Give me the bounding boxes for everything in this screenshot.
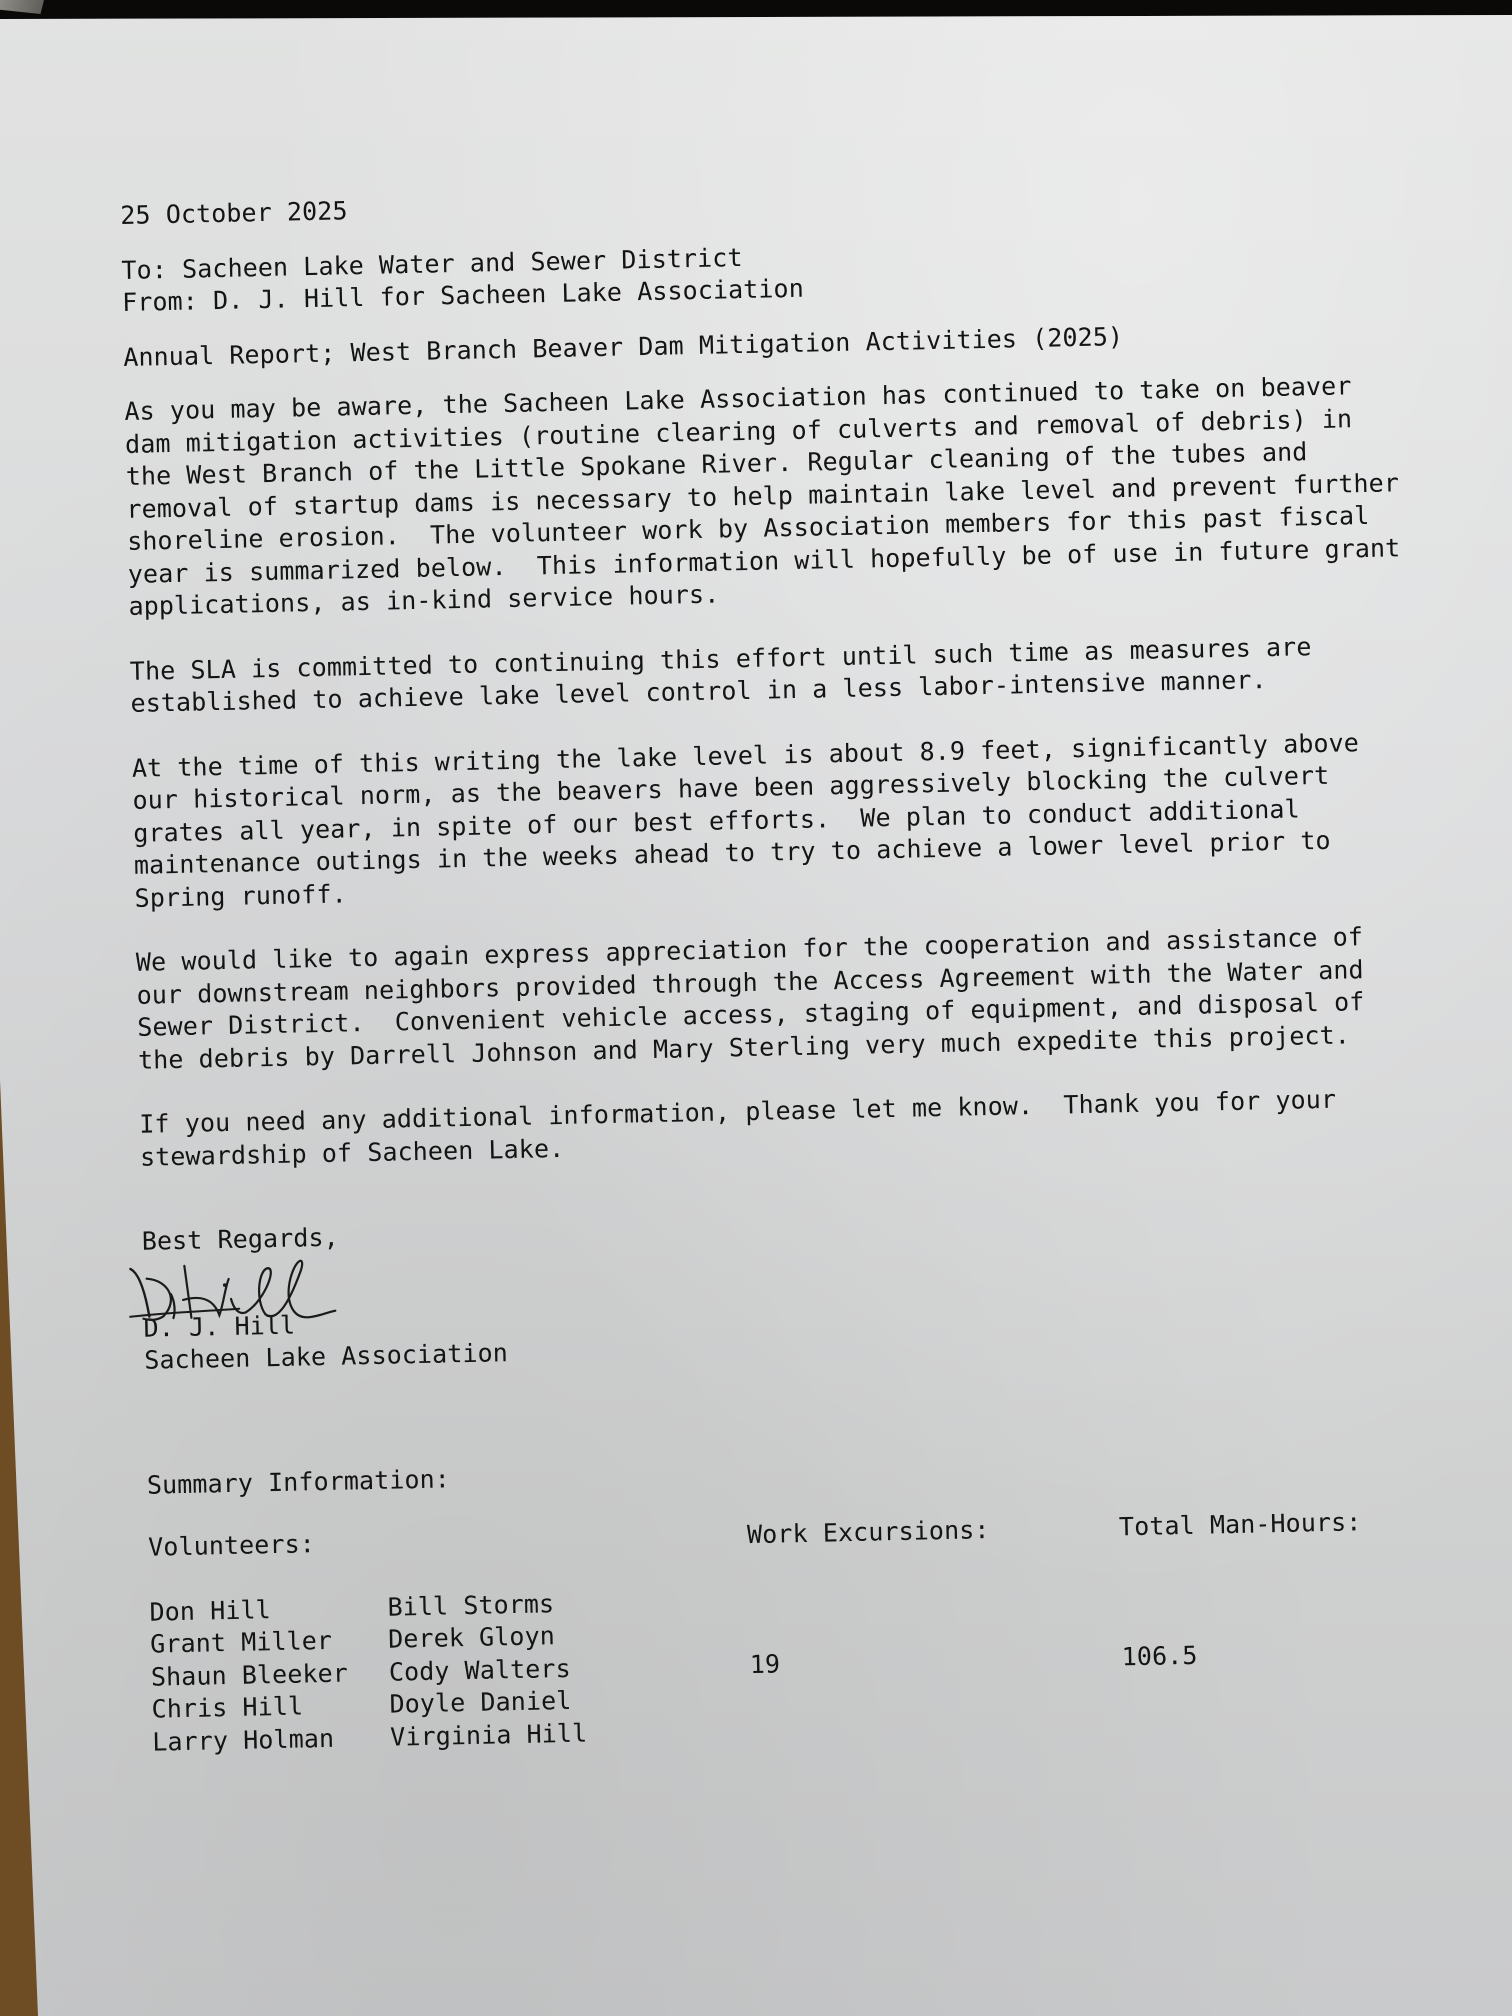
volunteer-name: Don Hill (149, 1591, 388, 1628)
summary-title: Summary Information: (147, 1441, 1487, 1502)
subject-line: Annual Report; West Branch Beaver Dam Mi… (123, 313, 1463, 374)
signature-icon (128, 1244, 420, 1330)
total-man-hours-header: Total Man-Hours: (1119, 1504, 1489, 1544)
paragraph: If you need any additional information, … (139, 1081, 1480, 1174)
paragraph: At the time of this writing the lake lev… (132, 724, 1475, 915)
object-corner (0, 0, 44, 14)
volunteer-name: Chris Hill (151, 1689, 390, 1726)
volunteer-name: Shaun Bleeker (151, 1656, 390, 1693)
paragraph: As you may be aware, the Sacheen Lake As… (124, 368, 1468, 624)
paragraph: The SLA is committed to continuing this … (130, 627, 1471, 720)
volunteer-name: Larry Holman (152, 1721, 391, 1758)
total-man-hours-value: 106.5 (1120, 1568, 1492, 1738)
volunteers-header: Volunteers: (148, 1519, 748, 1564)
work-excursions-header: Work Excursions: (747, 1511, 1120, 1551)
letter-paragraphs: As you may be aware, the Sacheen Lake As… (124, 368, 1480, 1174)
address-block: To: Sacheen Lake Water and Sewer Distric… (121, 226, 1462, 319)
volunteer-name: Grant Miller (150, 1624, 389, 1661)
photo-scene: 25 October 2025 To: Sacheen Lake Water a… (0, 0, 1512, 2016)
work-excursions-value: 19 (748, 1576, 1123, 1746)
volunteer-list-column-2: Bill StormsDerek GloynCody WaltersDoyle … (387, 1584, 751, 1754)
paragraph: We would like to again express appreciat… (136, 919, 1478, 1077)
letter-body: 25 October 2025 To: Sacheen Lake Water a… (120, 172, 1492, 1759)
summary-table: Volunteers: Work Excursions: Total Man-H… (148, 1504, 1492, 1759)
volunteer-list-column-1: Don HillGrant MillerShaun BleekerChris H… (149, 1591, 390, 1758)
